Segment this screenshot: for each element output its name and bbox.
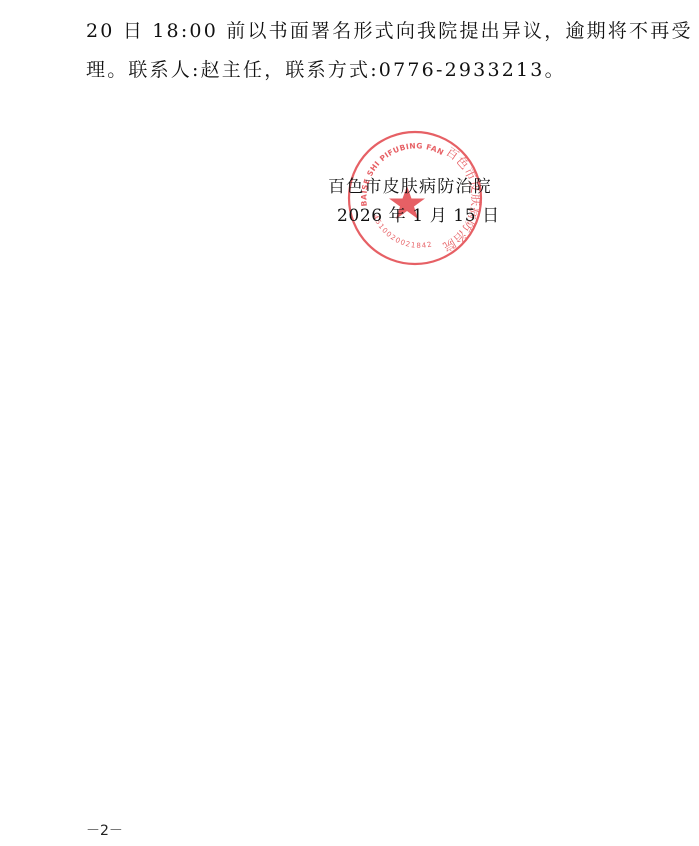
seal-chinese-text: 百色市皮肤病防治院: [440, 145, 484, 255]
body-text-line-2: 理。联系人:赵主任，联系方式:0776-2933213。: [86, 58, 566, 82]
official-seal-stamp: BAISE SHI PIFUBING FANGZHIYUAN 百色市皮肤病防治院…: [345, 128, 485, 268]
issuing-organization: 百色市皮肤病防治院: [328, 176, 492, 198]
body-text-line-1: 20 日 18:00 前以书面署名形式向我院提出异议，逾期将不再受: [86, 19, 693, 43]
svg-text:百色市皮肤病防治院: 百色市皮肤病防治院: [440, 145, 484, 255]
page-number: －2－: [86, 820, 123, 840]
issue-date: 2026 年 1 月 15 日: [337, 205, 500, 227]
